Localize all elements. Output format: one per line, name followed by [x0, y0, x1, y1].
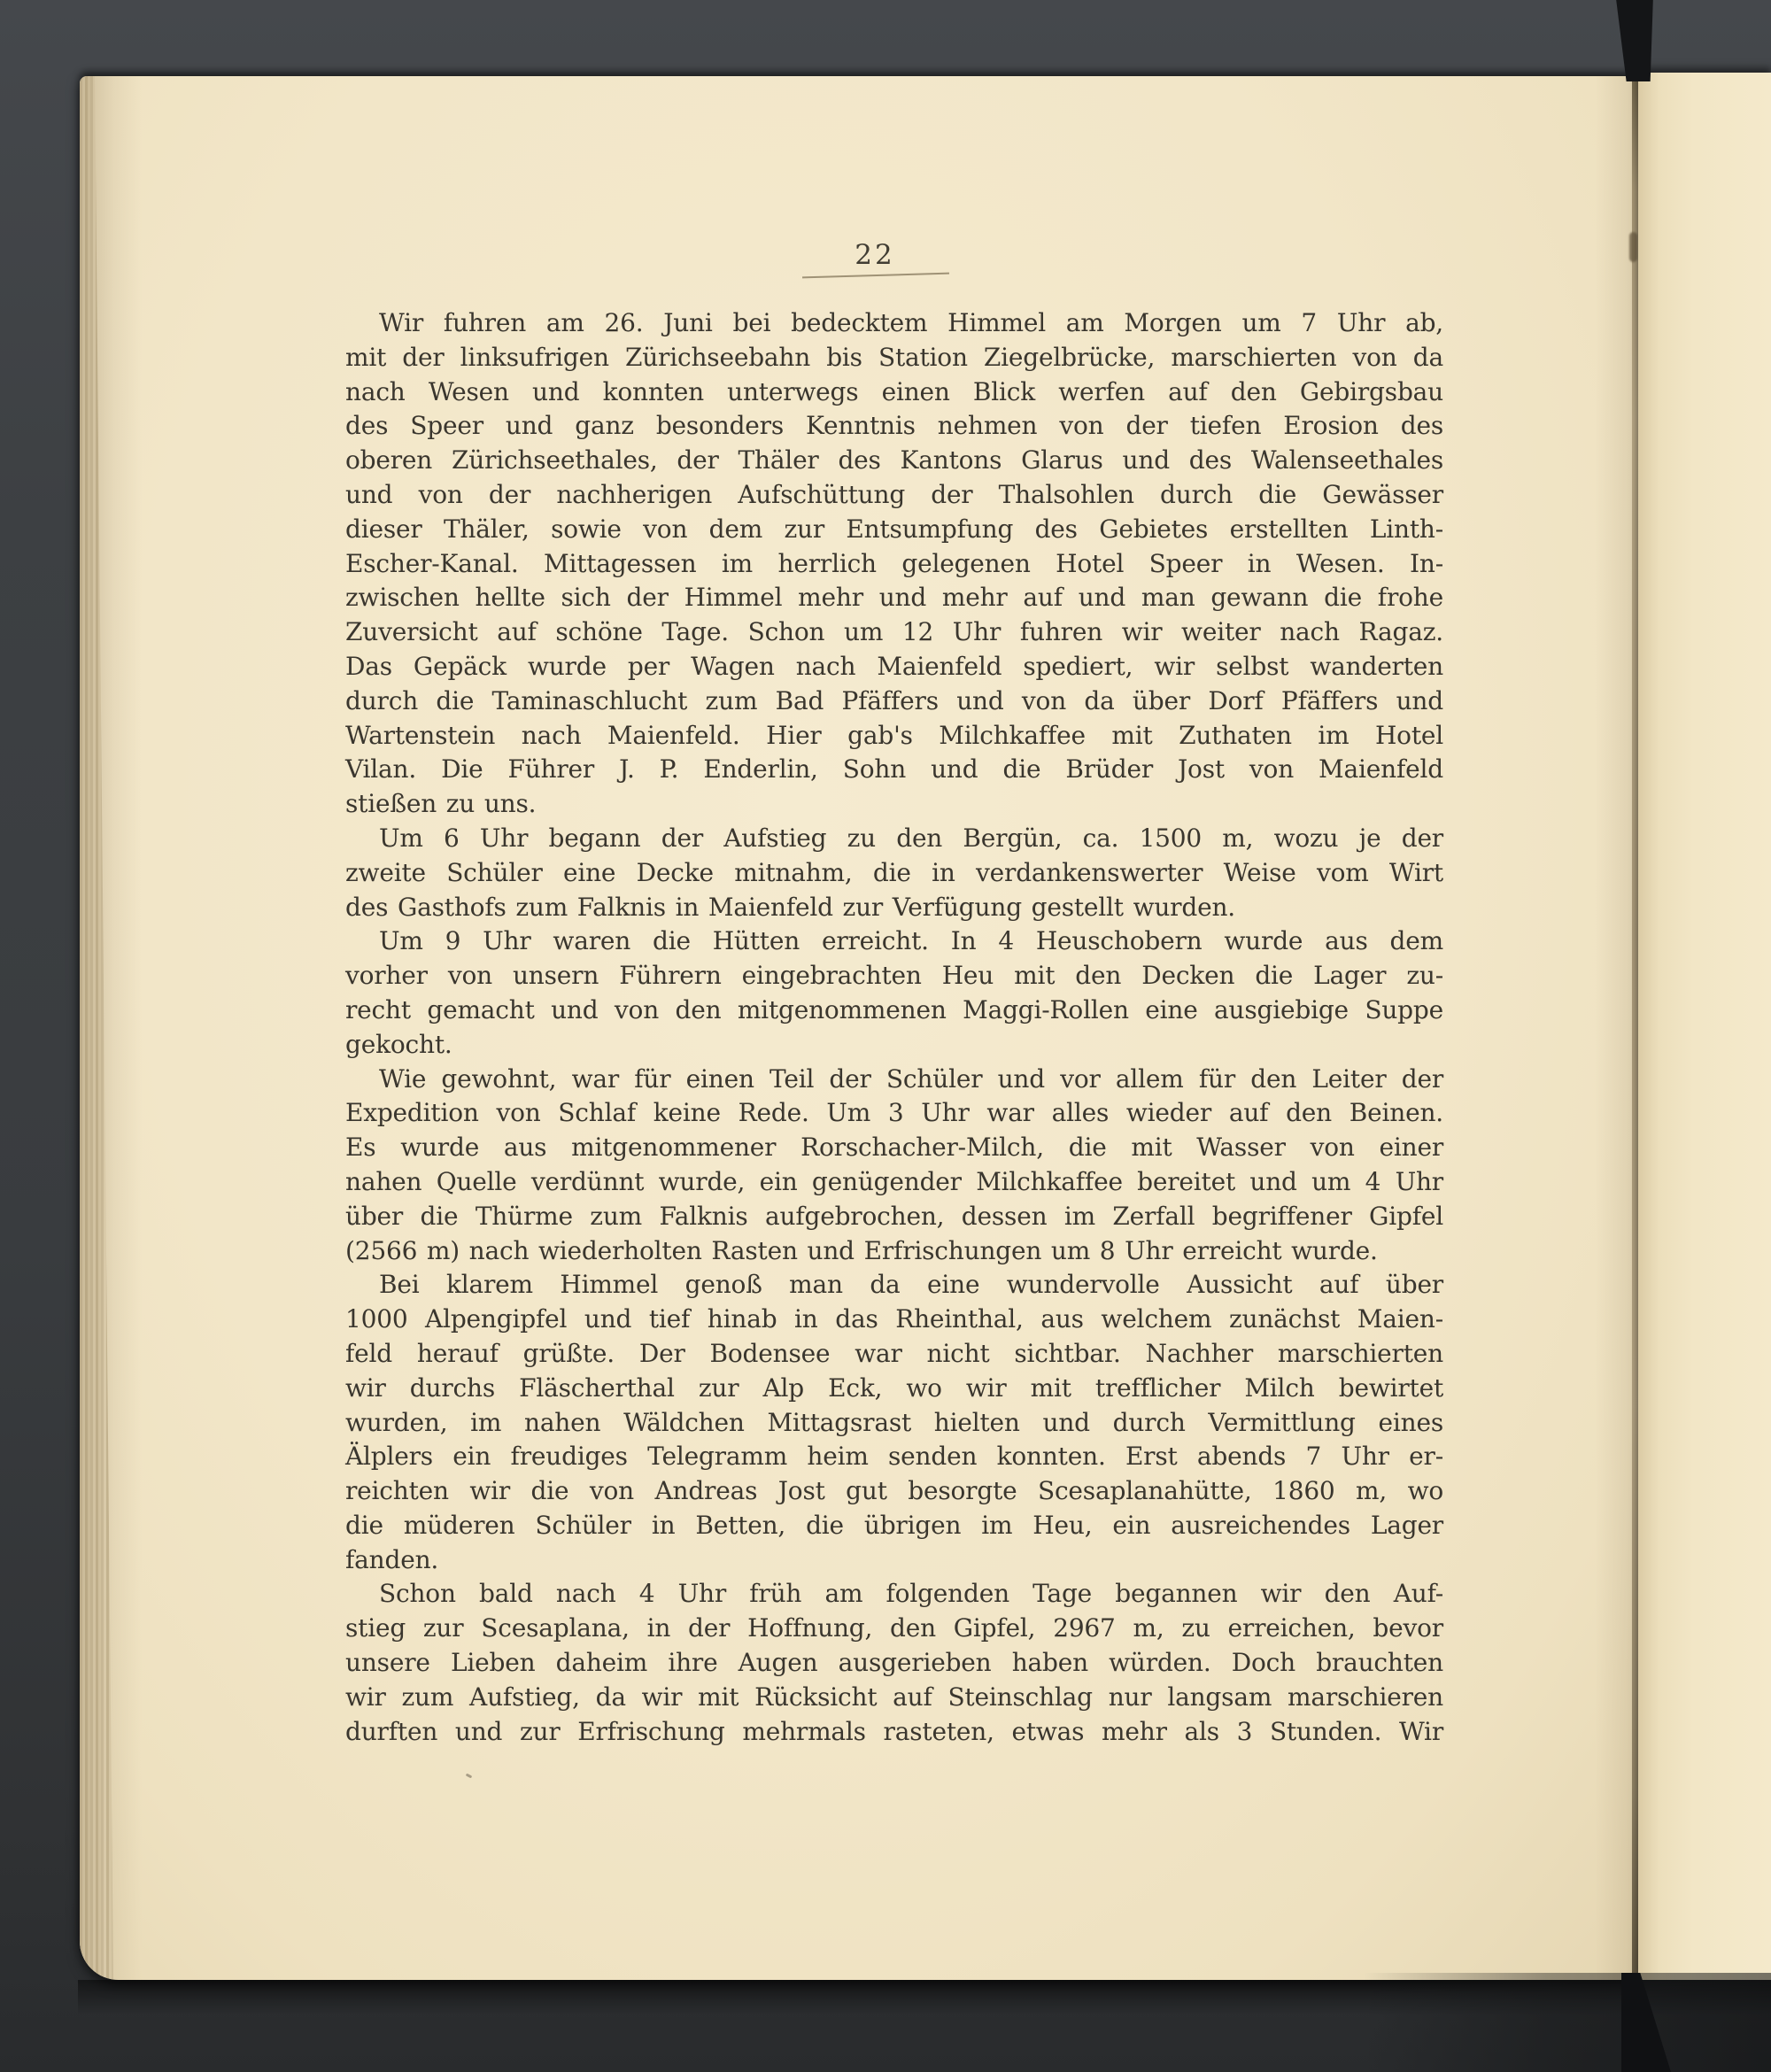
text-line: des Speer und ganz besonders Kenntnis ne…: [345, 409, 1443, 444]
text-line: mit der linksufrigen Zürichseebahn bis S…: [345, 341, 1443, 375]
text-line: die müderen Schüler in Betten, die übrig…: [345, 1509, 1443, 1543]
text-line: Wir fuhren am 26. Juni bei bedecktem Him…: [345, 306, 1443, 341]
text-line: feld herauf grüßte. Der Bodensee war nic…: [345, 1337, 1443, 1372]
text-line: nach Wesen und konnten unterwegs einen B…: [345, 375, 1443, 410]
text-line: dieser Thäler, sowie von dem zur Entsump…: [345, 513, 1443, 547]
paper-speck: [466, 1774, 473, 1779]
text-line: stießen zu uns.: [345, 787, 1443, 822]
text-line: Älplers ein freudiges Telegramm heim sen…: [345, 1440, 1443, 1474]
text-line: Wartenstein nach Maienfeld. Hier gab's M…: [345, 719, 1443, 754]
text-line: Escher-Kanal. Mittagessen im herrlich ge…: [345, 547, 1443, 582]
scanned-book-photo: { "page": { "number": "22" }, "text": { …: [0, 0, 1771, 2072]
text-line: Es wurde aus mitgenommener Rorschacher-M…: [345, 1131, 1443, 1165]
text-line: durch die Taminaschlucht zum Bad Pfäffer…: [345, 684, 1443, 719]
text-line: wurden, im nahen Wäldchen Mittagsrast hi…: [345, 1406, 1443, 1441]
text-line: Zuversicht auf schöne Tage. Schon um 12 …: [345, 615, 1443, 650]
gutter-shadow-left: [1595, 76, 1636, 1980]
text-line: durften und zur Erfrischung mehrmals ras…: [345, 1715, 1443, 1750]
text-line: oberen Zürichseethales, der Thäler des K…: [345, 444, 1443, 478]
text-line: Um 9 Uhr waren die Hütten erreicht. In 4…: [345, 924, 1443, 959]
text-line: stieg zur Scesaplana, in der Hoffnung, d…: [345, 1612, 1443, 1646]
book-page-right: [1638, 73, 1771, 1980]
text-line: über die Thürme zum Falknis aufgebrochen…: [345, 1200, 1443, 1234]
book-page-left: 22 Wir fuhren am 26. Juni bei bedecktem …: [80, 76, 1636, 1980]
text-line: Bei klarem Himmel genoß man da eine wund…: [345, 1268, 1443, 1303]
text-line: unsere Lieben daheim ihre Augen ausgerie…: [345, 1646, 1443, 1681]
text-line: recht gemacht und von den mitgenommenen …: [345, 993, 1443, 1028]
text-line: Expedition von Schlaf keine Rede. Um 3 U…: [345, 1096, 1443, 1131]
text-line: gekocht.: [345, 1028, 1443, 1063]
text-line: 1000 Alpengipfel und tief hinab in das R…: [345, 1303, 1443, 1337]
text-line: Wie gewohnt, war für einen Teil der Schü…: [345, 1063, 1443, 1097]
page-number: 22: [728, 239, 1022, 271]
gutter-dark-spot: [1629, 232, 1637, 262]
page-edge-fade: [80, 76, 142, 1980]
text-line: Vilan. Die Führer J. P. Enderlin, Sohn u…: [345, 753, 1443, 787]
text-line: fanden.: [345, 1543, 1443, 1578]
text-line: Schon bald nach 4 Uhr früh am folgenden …: [345, 1577, 1443, 1612]
text-line: vorher von unsern Führern eingebrachten …: [345, 959, 1443, 993]
text-line: wir durchs Fläscherthal zur Alp Eck, wo …: [345, 1372, 1443, 1406]
text-line: Um 6 Uhr begann der Aufstieg zu den Berg…: [345, 822, 1443, 856]
text-line: nahen Quelle verdünnt wurde, ein genügen…: [345, 1165, 1443, 1200]
text-line: wir zum Aufstieg, da wir mit Rücksicht a…: [345, 1681, 1443, 1715]
text-line: (2566 m) nach wiederholten Rasten und Er…: [345, 1234, 1443, 1269]
text-line: zwischen hellte sich der Himmel mehr und…: [345, 581, 1443, 615]
text-line: reichten wir die von Andreas Jost gut be…: [345, 1474, 1443, 1509]
bottom-right-shadow: [1364, 1973, 1771, 2072]
page-text-block: Wir fuhren am 26. Juni bei bedecktem Him…: [345, 306, 1443, 1749]
text-line: zweite Schüler eine Decke mitnahm, die i…: [345, 856, 1443, 891]
text-line: Das Gepäck wurde per Wagen nach Maienfel…: [345, 650, 1443, 684]
text-line: des Gasthofs zum Falknis in Maienfeld zu…: [345, 891, 1443, 925]
page-number-underline: [802, 273, 949, 279]
book-gutter-crease: [1632, 74, 1638, 1978]
text-line: und von der nachherigen Aufschüttung der…: [345, 478, 1443, 513]
